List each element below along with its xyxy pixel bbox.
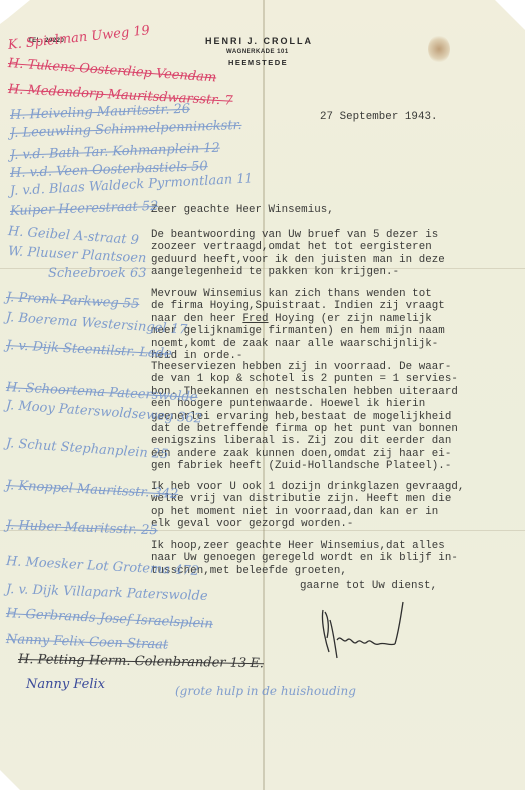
handwritten-note: H. Gerbrands Josef Israelsplein: [6, 606, 214, 632]
underlined-name: Fred: [242, 313, 268, 325]
handwritten-note: Nanny Felix Coen Straat: [6, 632, 169, 653]
handwritten-note: J. Schut Stephanplein 25: [5, 436, 168, 462]
handwritten-note: Scheebroek 63: [48, 266, 147, 281]
handwritten-note: K. Spielman Uweg 19: [7, 23, 150, 53]
signature-icon: [315, 600, 420, 662]
letterhead-street: WAGNERKADE 101: [226, 49, 289, 55]
letter-closing: gaarne tot Uw dienst,: [300, 580, 437, 592]
handwritten-note: J. Pronk Parkweg 55: [6, 290, 140, 312]
handwritten-note: J. v. Dijk Steentilstr. Lade: [6, 338, 172, 362]
letterhead-name: HENRI J. CROLLA: [205, 36, 313, 46]
handwritten-note: H. Petting Herm. Colenbrander 13 E.: [18, 652, 264, 671]
handwritten-note: (grote hulp in de huishouding: [175, 684, 356, 698]
letter-date: 27 September 1943.: [320, 111, 438, 123]
handwritten-note: Kuiper Heerestraat 52: [10, 199, 159, 219]
letter-paper: TEL. 29220 HENRI J. CROLLA WAGNERKADE 10…: [0, 0, 525, 792]
letter-paragraph-4: Ik heb voor U ook 1 dozijn drinkglazen g…: [151, 481, 464, 531]
letter-paragraph-1: De beantwoording van Uw bruef van 5 deze…: [151, 229, 445, 279]
letterhead-city: HEEMSTEDE: [228, 58, 288, 67]
handwritten-note: Nanny Felix: [26, 677, 105, 692]
handwritten-note: J. v. Dijk Villapark Paterswolde: [6, 582, 208, 604]
letter-salutation: Zeer geachte Heer Winsemius,: [151, 204, 334, 216]
letter-paragraph-2: Mevrouw Winsemius kan zich thans wenden …: [151, 288, 445, 362]
handwritten-note: J. Huber Mauritsstr. 25: [6, 518, 158, 538]
paper-stain: [428, 35, 450, 63]
handwritten-note: W. Pluuser Plantsoen: [8, 244, 147, 266]
handwritten-note: H. Tukens Oosterdiep Veendam: [7, 56, 216, 86]
